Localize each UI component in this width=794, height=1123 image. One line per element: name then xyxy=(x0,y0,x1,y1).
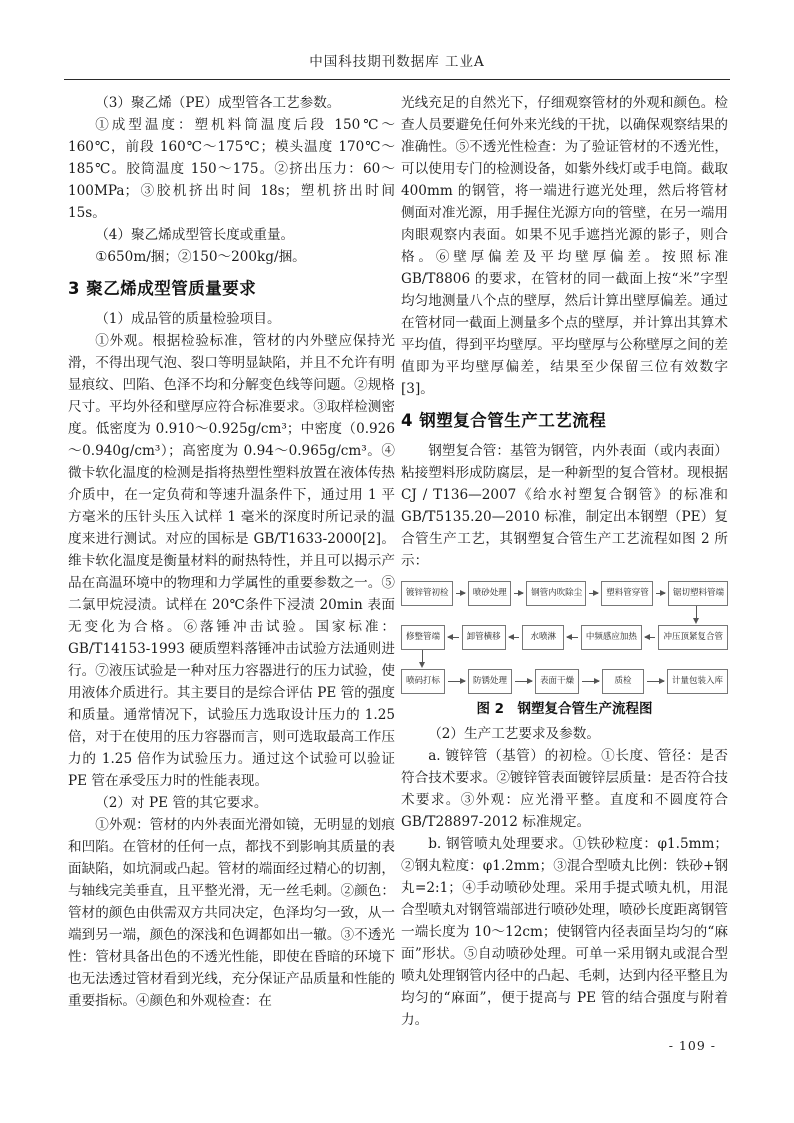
paragraph: 光线充足的自然光下，仔细观察管材的外观和颜色。检查人员要避免任何外来光线的干扰，… xyxy=(401,92,728,400)
paper-page: 中国科技期刊数据库 工业A （3）聚乙烯（PE）成型管各工艺参数。 ①成型温度：… xyxy=(0,0,794,1123)
flowchart-box: 锯切塑料管端 xyxy=(668,581,728,606)
paragraph: a. 镀锌管（基管）的初检。①长度、管径：是否符合技术要求。②镀锌管表面镀锌层质… xyxy=(401,745,728,833)
flowchart-row: 喷码打标 防锈处理 表面干燥 质检 计量包装入库 xyxy=(401,666,728,696)
paragraph: （2）生产工艺要求及参数。 xyxy=(401,723,728,745)
flowchart-box: 水喷淋 xyxy=(522,625,564,650)
arrow-right-icon xyxy=(456,593,465,594)
paragraph: （1）成品管的质量检验项目。 xyxy=(68,308,395,330)
arrow-down-icon xyxy=(422,650,423,663)
arrow-left-icon xyxy=(645,637,656,638)
flowchart-box: 修整管端 xyxy=(401,625,445,650)
arrow-down-icon xyxy=(696,606,697,619)
paragraph: （4）聚乙烯成型管长度或重量。 xyxy=(68,224,395,246)
flowchart-box: 防锈处理 xyxy=(468,669,512,694)
arrow-right-icon xyxy=(448,681,465,682)
arrow-right-icon xyxy=(514,593,523,594)
arrow-right-icon xyxy=(656,593,665,594)
paragraph: ①成型温度：塑机料筒温度后段 150℃～160℃，前段 160℃～175℃；模头… xyxy=(68,114,395,224)
paragraph: （2）对 PE 管的其它要求。 xyxy=(68,792,395,814)
left-column: （3）聚乙烯（PE）成型管各工艺参数。 ①成型温度：塑机料筒温度后段 150℃～… xyxy=(68,92,395,1012)
production-flowchart: 镀锌管初检 喷砂处理 钢管内吹除尘 塑料管穿管 锯切塑料管端 修整管端 卸管横移… xyxy=(401,578,728,696)
flowchart-box: 钢管内吹除尘 xyxy=(526,581,586,606)
paragraph: ①650m/捆；②150～200kg/捆。 xyxy=(68,246,395,268)
page-number: - 109 - xyxy=(669,1038,716,1053)
paragraph: 钢塑复合管：基管为钢管，内外表面（或内表面）粘接塑料形成防腐层，是一种新型的复合… xyxy=(401,440,728,572)
flowchart-box: 表面干燥 xyxy=(535,669,579,694)
flowchart-box: 喷砂处理 xyxy=(468,581,511,606)
paragraph: （3）聚乙烯（PE）成型管各工艺参数。 xyxy=(68,92,395,114)
arrow-left-icon xyxy=(448,637,459,638)
paragraph: b. 钢管喷丸处理要求。①铁砂粒度：φ1.5mm；②钢丸粒度：φ1.2mm；③混… xyxy=(401,833,728,1031)
flowchart-box: 计量包装入库 xyxy=(667,669,728,694)
flowchart-box: 冲压顶紧复合管 xyxy=(658,625,728,650)
arrow-right-icon xyxy=(515,681,532,682)
journal-header: 中国科技期刊数据库 工业A xyxy=(64,50,730,80)
flowchart-box: 卸管横移 xyxy=(462,625,506,650)
paragraph: ①外观：管材的内外表面光滑如镜，无明显的划痕和凹陷。在管材的任何一点，都找不到影… xyxy=(68,814,395,1012)
arrow-right-icon xyxy=(589,593,598,594)
flowchart-box: 中频感应加热 xyxy=(581,625,642,650)
journal-title: 中国科技期刊数据库 工业A xyxy=(309,54,485,70)
section-heading-3: 3 聚乙烯成型管质量要求 xyxy=(68,277,395,301)
arrow-left-icon xyxy=(509,637,520,638)
flowchart-row: 镀锌管初检 喷砂处理 钢管内吹除尘 塑料管穿管 锯切塑料管端 xyxy=(401,578,728,608)
arrow-right-icon xyxy=(582,681,599,682)
flowchart-box: 塑料管穿管 xyxy=(601,581,653,606)
arrow-right-icon xyxy=(647,681,664,682)
flowchart-row: 修整管端 卸管横移 水喷淋 中频感应加热 冲压顶紧复合管 xyxy=(401,622,728,652)
flowchart-box: 镀锌管初检 xyxy=(401,581,453,606)
right-column: 光线充足的自然光下，仔细观察管材的外观和颜色。检查人员要避免任何外来光线的干扰，… xyxy=(401,92,728,1031)
figure-caption: 图 2 钢塑复合管生产流程图 xyxy=(401,699,728,719)
flowchart-box: 喷码打标 xyxy=(401,669,445,694)
section-heading-4: 4 钢塑复合管生产工艺流程 xyxy=(401,409,728,433)
flowchart-box: 质检 xyxy=(602,669,644,694)
arrow-left-icon xyxy=(567,637,578,638)
paragraph: ①外观。根据检验标准，管材的内外壁应保持光滑，不得出现气泡、裂口等明显缺陷，并且… xyxy=(68,330,395,792)
